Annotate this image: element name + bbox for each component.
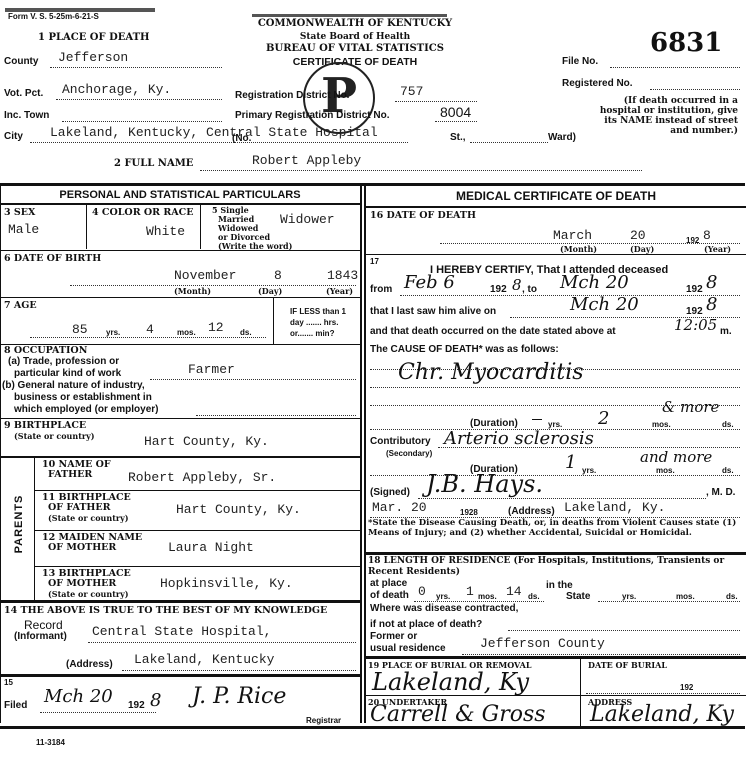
- residence-ds: 14: [506, 584, 522, 599]
- informant-label: (Informant): [14, 631, 67, 642]
- full-name-value: Robert Appleby: [252, 153, 361, 168]
- residence-mos-label: mos.: [478, 592, 497, 601]
- place-of-death-heading: 1 PLACE OF DEATH: [38, 32, 150, 43]
- informant-address-label: (Address): [66, 659, 113, 670]
- occupation-b-label: (b) General nature of industry, business…: [2, 380, 158, 416]
- residence-yrs-label: yrs.: [436, 592, 450, 601]
- undertaker-value: Carrell & Gross: [370, 702, 546, 727]
- dob-month-caption: (Month): [174, 286, 211, 296]
- race-label: 4 COLOR OR RACE: [92, 207, 193, 218]
- contrib-yrs-label: yrs.: [582, 466, 596, 475]
- undertaker-address-value: Lakeland, Ky: [590, 702, 734, 727]
- city-value: Lakeland, Kentucky, Central State Hospit…: [50, 125, 378, 140]
- informant-statement: 14 THE ABOVE IS TRUE TO THE BEST OF MY K…: [4, 605, 327, 616]
- contrib-duration-yrs: 1: [565, 452, 576, 473]
- hospital-note: (If death occurred in a hospital or inst…: [596, 96, 738, 136]
- age-label: 7 AGE: [4, 300, 37, 311]
- birthplace-value: Hart County, Ky.: [144, 434, 269, 449]
- dob-month: November: [174, 268, 236, 283]
- registrar-signature: J. P. Rice: [192, 684, 286, 709]
- age-mos-label: mos.: [177, 328, 196, 337]
- primary-registration-label: Primary Registration District No.: [235, 110, 389, 121]
- burial-date-label: DATE OF BURIAL: [588, 660, 667, 670]
- residence-label: 18 LENGTH OF RESIDENCE (For Hospitals, I…: [368, 556, 744, 578]
- last-saw-label: that I last saw him alive on: [370, 306, 496, 317]
- dod-label: 16 DATE OF DEATH: [370, 210, 476, 221]
- dob-label: 6 DATE OF BIRTH: [4, 253, 101, 264]
- cause-of-death-value: Chr. Myocarditis: [398, 360, 584, 385]
- mother-birthplace-value: Hopkinsville, Ky.: [160, 576, 293, 591]
- certify-text: I HEREBY CERTIFY, That I attended deceas…: [430, 264, 668, 276]
- dob-day-caption: (Day): [258, 286, 282, 296]
- age-ds-label: ds.: [240, 328, 252, 337]
- form-code: 11-3184: [36, 738, 65, 747]
- duration-mos-label: mos.: [652, 420, 671, 429]
- father-name-label: 10 NAME OF FATHER: [42, 460, 111, 480]
- occupation-label: 8 OCCUPATION: [4, 345, 87, 356]
- usual-residence-label: usual residence: [370, 643, 446, 654]
- residence-ds-label: ds.: [528, 592, 540, 601]
- birthplace-sub: (State or country): [14, 431, 95, 441]
- burial-place-value: Lakeland, Ky: [372, 668, 529, 696]
- dob-year-caption: (Year): [326, 286, 353, 296]
- inc-town-label: Inc. Town: [4, 110, 49, 121]
- dob-year: 1843: [327, 268, 358, 283]
- to-year: 8: [706, 272, 717, 293]
- bureau-title: BUREAU OF VITAL STATISTICS: [240, 43, 470, 54]
- marital-value: Widower: [280, 212, 335, 227]
- usual-residence-value: Jefferson County: [480, 636, 605, 651]
- duration-note: & more: [662, 398, 719, 416]
- cert-number: 17: [370, 257, 379, 266]
- cause-label: The CAUSE OF DEATH* was as follows:: [370, 344, 559, 355]
- dod-month: March: [553, 228, 592, 243]
- state-yrs-label: yrs.: [622, 592, 636, 601]
- cause-footnote: *State the Disease Causing Death, or, in…: [368, 518, 744, 538]
- st-label: St.,: [450, 132, 466, 143]
- parents-tab-label: PARENTS: [13, 479, 25, 569]
- dod-month-caption: (Month): [560, 244, 597, 254]
- county-label: County: [4, 56, 38, 67]
- burial-date-year: 192: [680, 683, 693, 692]
- parents-tab: PARENTS: [4, 460, 30, 600]
- if-less-than-day: IF LESS than 1 day ....... hrs. or......…: [290, 306, 346, 339]
- registration-district-value: 757: [400, 84, 423, 99]
- dod-year-suffix: 8: [703, 228, 711, 243]
- attended-to-value: Mch 20: [560, 272, 629, 293]
- occupation-a-label: (a) Trade, profession or particular kind…: [8, 356, 121, 380]
- age-yrs-label: yrs.: [106, 328, 120, 337]
- filed-date: Mch 20: [44, 686, 113, 707]
- father-name-value: Robert Appleby, Sr.: [128, 470, 276, 485]
- registered-no-label: Registered No.: [562, 78, 633, 89]
- death-occurred-label: and that death occurred on the date stat…: [370, 326, 616, 337]
- contributory-label: Contributory: [370, 436, 431, 447]
- signed-year: 1928: [460, 508, 478, 517]
- mother-name-label: 12 MAIDEN NAME OF MOTHER: [42, 533, 142, 553]
- dod-year-caption: (Year): [704, 244, 731, 254]
- informant-value: Central State Hospital,: [92, 624, 271, 639]
- from-year-prefix: 192: [490, 284, 507, 295]
- mother-birthplace-label: 13 BIRTHPLACE OF MOTHER (State or countr…: [42, 569, 131, 599]
- md-label: , M. D.: [706, 487, 735, 498]
- contributory-value: Arterio sclerosis: [444, 428, 594, 449]
- state-mos-label: mos.: [676, 592, 695, 601]
- birthplace-label: 9 BIRTHPLACE: [4, 420, 86, 431]
- occupation-a-value: Farmer: [188, 362, 235, 377]
- dod-year-prefix: 192: [686, 236, 699, 245]
- age-years: 85: [72, 322, 88, 337]
- contrib-mos-label: mos.: [656, 466, 675, 475]
- sex-label: 3 SEX: [4, 207, 35, 218]
- at-place-label: at place: [370, 578, 407, 589]
- duration-mos: 2: [598, 408, 609, 429]
- secondary-label: (Secondary): [386, 449, 432, 458]
- to-label: , to: [522, 284, 537, 295]
- file-number-value: 6831: [650, 28, 722, 58]
- signed-date: Mar. 20: [372, 500, 427, 515]
- city-label: City: [4, 131, 23, 142]
- duration-ds-label: ds.: [722, 420, 734, 429]
- dob-day: 8: [274, 268, 282, 283]
- from-year: 8: [512, 276, 522, 294]
- certificate-header: Form V. S. 5-25m-6-21-S 1 PLACE OF DEATH…: [0, 0, 750, 190]
- to-year-prefix: 192: [686, 284, 703, 295]
- duration-yrs: —: [532, 414, 542, 425]
- form-number: Form V. S. 5-25m-6-21-S: [8, 12, 99, 21]
- registrar-label: Registrar: [306, 716, 341, 725]
- dod-day: 20: [630, 228, 646, 243]
- state-label: State: [566, 591, 590, 602]
- state-ds-label: ds.: [726, 592, 738, 601]
- age-days: 12: [208, 320, 224, 335]
- physician-signature: J.B. Hays.: [426, 470, 543, 498]
- no-label: (No.: [232, 133, 251, 144]
- filed-label: Filed: [4, 700, 27, 711]
- filing-number: 15: [4, 678, 13, 687]
- attended-from-value: Feb 6: [404, 272, 455, 293]
- ward-label: Ward): [548, 132, 576, 143]
- filed-year-suffix: 8: [150, 690, 161, 711]
- primary-registration-value: 8004: [440, 104, 471, 120]
- vot-pct-label: Vot. Pct.: [4, 88, 43, 99]
- record-label: Record: [24, 618, 63, 632]
- physician-address-label: (Address): [508, 506, 555, 517]
- medical-heading: MEDICAL CERTIFICATE OF DEATH: [366, 189, 746, 203]
- from-label: from: [370, 284, 392, 295]
- commonwealth-title: COMMONWEALTH OF KENTUCKY: [240, 18, 470, 29]
- residence-mos: 1: [466, 584, 474, 599]
- former-label: Former or: [370, 631, 417, 642]
- personal-heading: PERSONAL AND STATISTICAL PARTICULARS: [0, 189, 360, 201]
- residence-yrs: 0: [418, 584, 426, 599]
- board-title: State Board of Health: [240, 32, 470, 42]
- father-birthplace-value: Hart County, Ky.: [176, 502, 301, 517]
- dod-day-caption: (Day): [630, 244, 654, 254]
- contracted-label: Where was disease contracted,: [370, 603, 518, 614]
- vot-pct-value: Anchorage, Ky.: [62, 82, 171, 97]
- death-time-suffix: m.: [720, 326, 732, 337]
- signed-label: (Signed): [370, 487, 410, 498]
- last-saw-value: Mch 20: [570, 294, 639, 315]
- full-name-label: 2 FULL NAME: [114, 158, 193, 169]
- filed-year-prefix: 192: [128, 700, 145, 711]
- mother-name-value: Laura Night: [168, 540, 254, 555]
- last-saw-year: 8: [706, 294, 717, 315]
- contrib-duration-note: and more: [640, 448, 712, 466]
- death-time-value: 12:05: [674, 316, 717, 334]
- file-no-label: File No.: [562, 56, 598, 67]
- contrib-ds-label: ds.: [722, 466, 734, 475]
- county-value: Jefferson: [58, 50, 128, 65]
- race-value: White: [146, 224, 185, 239]
- registration-district-label: Registration District No.: [235, 90, 349, 101]
- in-the-label: in the: [546, 580, 573, 591]
- informant-address-value: Lakeland, Kentucky: [134, 652, 274, 667]
- if-not-label: if not at place of death?: [370, 619, 482, 630]
- father-birthplace-label: 11 BIRTHPLACE OF FATHER (State or countr…: [42, 493, 131, 523]
- of-death-label: of death: [370, 590, 409, 601]
- sex-value: Male: [8, 222, 39, 237]
- physician-address-value: Lakeland, Ky.: [564, 500, 665, 515]
- age-months: 4: [146, 322, 154, 337]
